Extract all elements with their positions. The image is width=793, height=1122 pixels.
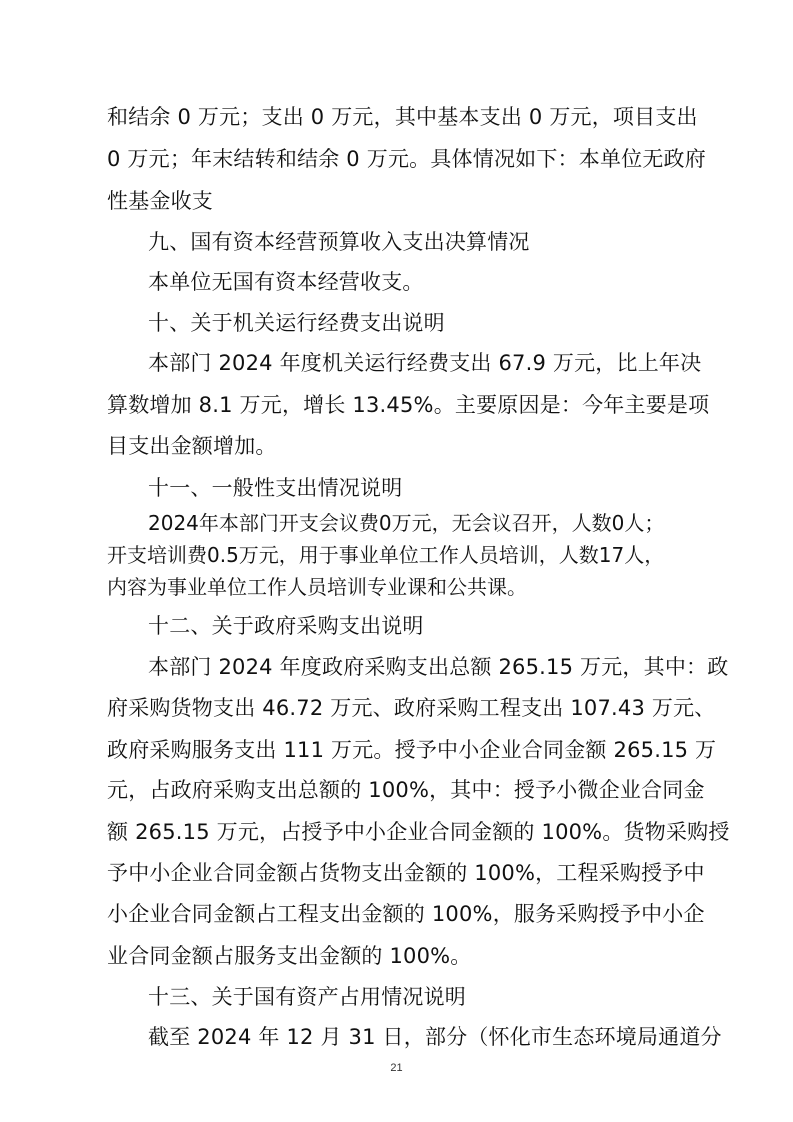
text-line: 予中小企业合同金额占货物支出金额的 100%，工程采购授予中 [107,859,687,887]
section-heading-11: 十一、一般性支出情况说明 [148,474,728,502]
text-line: 政府采购服务支出 111 万元。授予中小企业合同金额 265.15 万 [107,736,687,764]
text-line: 本部门 2024 年度机关运行经费支出 67.9 万元，比上年决 [148,349,728,377]
text-line: 2024年本部门开支会议费0万元，无会议召开，人数0人； [148,509,728,537]
text-line: 开支培训费0.5万元，用于事业单位工作人员培训，人数17人， [107,541,687,569]
page-number: 21 [0,1062,793,1074]
document-page: 和结余 0 万元；支出 0 万元，其中基本支出 0 万元，项目支出 0 万元；年… [0,0,793,1122]
section-heading-12: 十二、关于政府采购支出说明 [148,612,728,640]
text-line: 0 万元；年末结转和结余 0 万元。具体情况如下：本单位无政府 [107,145,687,173]
text-line: 性基金收支 [107,187,687,215]
text-line: 小企业合同金额占工程支出金额的 100%，服务采购授予中小企 [107,900,687,928]
text-line: 本单位无国有资本经营收支。 [148,268,728,296]
text-line: 本部门 2024 年度政府采购支出总额 265.15 万元，其中：政 [148,653,728,681]
text-line: 目支出金额增加。 [107,432,687,460]
section-heading-10: 十、关于机关运行经费支出说明 [148,309,728,337]
text-line: 截至 2024 年 12 月 31 日，部分（怀化市生态环境局通道分 [148,1023,728,1051]
text-line: 元，占政府采购支出总额的 100%，其中：授予小微企业合同金 [107,776,687,804]
section-heading-9: 九、国有资本经营预算收入支出决算情况 [148,228,728,256]
text-line: 和结余 0 万元；支出 0 万元，其中基本支出 0 万元，项目支出 [107,103,687,131]
text-line: 额 265.15 万元，占授予中小企业合同金额的 100%。货物采购授 [107,818,687,846]
section-heading-13: 十三、关于国有资产占用情况说明 [148,983,728,1011]
text-line: 算数增加 8.1 万元，增长 13.45%。主要原因是：今年主要是项 [107,391,687,419]
text-line: 业合同金额占服务支出金额的 100%。 [107,942,687,970]
text-line: 内容为事业单位工作人员培训专业课和公共课。 [107,573,687,601]
text-line: 府采购货物支出 46.72 万元、政府采购工程支出 107.43 万元、 [107,694,687,722]
